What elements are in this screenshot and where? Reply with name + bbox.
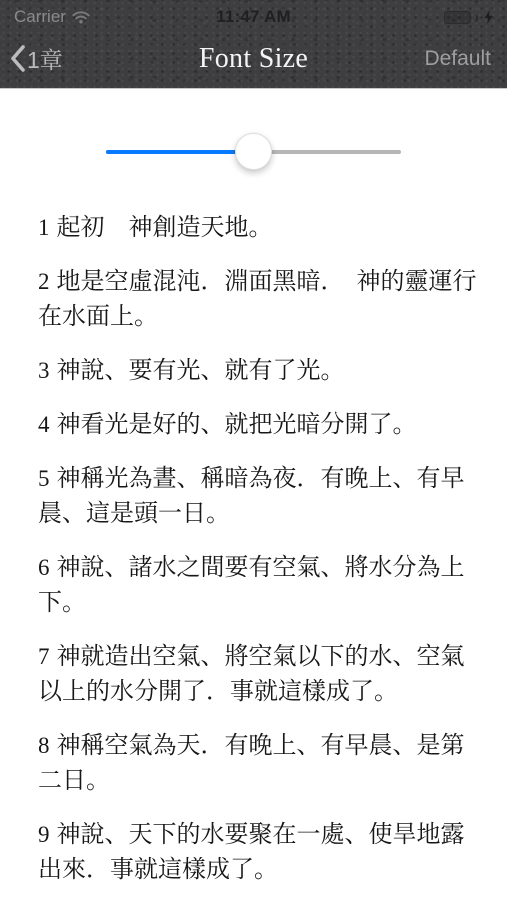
verse: 2地是空虛混沌．淵面黑暗． 神的靈運行在水面上。: [38, 264, 481, 334]
verse-number: 5: [38, 466, 50, 491]
verse: 5神稱光為晝、稱暗為夜．有晚上、有早晨、這是頭一日。: [38, 461, 481, 531]
status-bar: Carrier 11:47 AM: [0, 0, 507, 30]
verse: 8神稱空氣為天．有晚上、有早晨、是第二日。: [38, 728, 481, 798]
verse-text: 神稱光為晝、稱暗為夜．有晚上、有早晨、這是頭一日。: [38, 465, 465, 527]
verse-text: 起初 神創造天地。: [57, 214, 273, 241]
verse-number: 8: [38, 733, 50, 758]
back-label: 1章: [27, 42, 63, 75]
content: 1起初 神創造天地。 2地是空虛混沌．淵面黑暗． 神的靈運行在水面上。 3神說、…: [0, 89, 507, 900]
verse-text: 神看光是好的、就把光暗分開了。: [57, 411, 417, 438]
battery-cap: [476, 15, 478, 20]
verse-text: 地是空虛混沌．淵面黑暗． 神的靈運行在水面上。: [38, 268, 477, 330]
app-screen: Carrier 11:47 AM: [0, 0, 507, 900]
verse-number: 4: [38, 412, 50, 437]
font-size-slider[interactable]: [106, 133, 401, 170]
status-left: Carrier: [14, 7, 90, 27]
verse-number: 7: [38, 644, 50, 669]
verse-text: 神就造出空氣、將空氣以下的水、空氣以上的水分開了．事就這樣成了。: [38, 643, 465, 705]
verse-text: 神說、天下的水要聚在一處、使旱地露出來．事就這樣成了。: [38, 821, 465, 883]
verse: 3神說、要有光、就有了光。: [38, 353, 481, 388]
verse: 1起初 神創造天地。: [38, 210, 481, 245]
verse-number: 6: [38, 555, 50, 580]
slider-track-active[interactable]: [106, 150, 254, 154]
verse: 9神說、天下的水要聚在一處、使旱地露出來．事就這樣成了。: [38, 817, 481, 887]
default-button[interactable]: Default: [424, 30, 491, 87]
back-chevron-icon: [10, 45, 25, 72]
battery-icon: [444, 11, 471, 24]
verse: 4神看光是好的、就把光暗分開了。: [38, 407, 481, 442]
charging-bolt-icon: [484, 10, 493, 24]
page-title: Font Size: [199, 43, 308, 75]
verse-text: 神說、要有光、就有了光。: [57, 357, 345, 384]
wifi-icon: [72, 11, 90, 24]
verse-list: 1起初 神創造天地。 2地是空虛混沌．淵面黑暗． 神的靈運行在水面上。 3神說、…: [0, 210, 507, 887]
clock: 11:47 AM: [216, 7, 291, 27]
back-button[interactable]: 1章: [10, 30, 63, 87]
verse-text: 神稱空氣為天．有晚上、有早晨、是第二日。: [38, 732, 465, 794]
slider-thumb[interactable]: [235, 133, 272, 170]
verse-number: 1: [38, 215, 50, 240]
verse: 6神說、諸水之間要有空氣、將水分為上下。: [38, 550, 481, 620]
header: Carrier 11:47 AM: [0, 0, 507, 89]
verse: 7神就造出空氣、將空氣以下的水、空氣以上的水分開了．事就這樣成了。: [38, 639, 481, 709]
verse-text: 神說、諸水之間要有空氣、將水分為上下。: [38, 554, 465, 616]
verse-number: 3: [38, 358, 50, 383]
carrier-label: Carrier: [14, 7, 66, 27]
verse-number: 9: [38, 822, 50, 847]
nav-bar: 1章 Font Size Default: [0, 30, 507, 87]
status-right: [444, 10, 493, 24]
verse-number: 2: [38, 269, 50, 294]
